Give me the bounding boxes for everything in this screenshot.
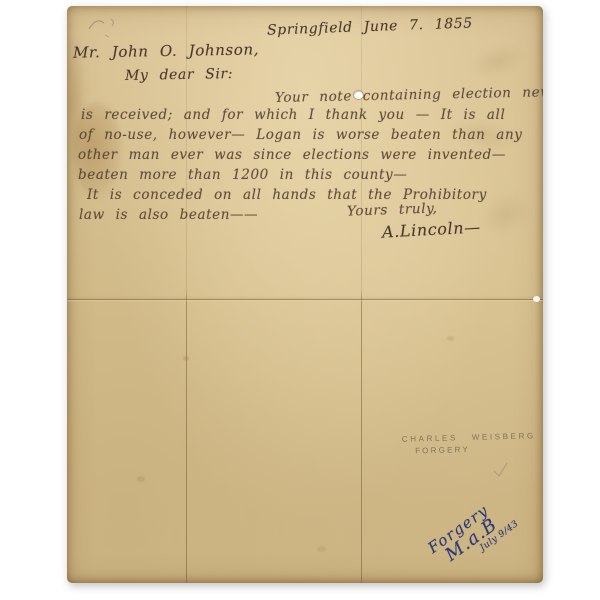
letter-body-line: beaten more than 1200 in this county— xyxy=(78,167,407,183)
letter-body-line: other man ever was since elections were … xyxy=(78,147,506,163)
letter-signature: A.Lincoln— xyxy=(382,217,482,241)
letter-body-line: of no-use, however— Logan is worse beate… xyxy=(79,127,522,143)
foxing-spot xyxy=(183,356,189,361)
ink-forgery-note: Forgery M.a.B July 9/43 xyxy=(426,456,543,578)
photo-of-letter: Springfield June 7. 1855 Mr. John O. Joh… xyxy=(0,0,600,600)
pencil-forgery-stamp: CHARLESWEISBERG FORGERY xyxy=(402,430,537,457)
letter-body-line: law is also beaten—— xyxy=(79,207,258,223)
letter-dateline: Springfield June 7. 1855 xyxy=(267,15,473,38)
letter-body-line: Your note containing election news xyxy=(275,84,543,106)
fold-line-vertical-left xyxy=(186,6,187,583)
letter-salutation: My dear Sir: xyxy=(125,66,233,84)
pencil-checkmark xyxy=(490,458,512,480)
foxing-spot xyxy=(447,336,454,341)
fold-line-horizontal xyxy=(67,299,543,300)
paper-nick xyxy=(533,296,540,302)
pencil-stamp-line2: FORGERY xyxy=(415,442,536,457)
letter-body-line: is received; and for which I thank you —… xyxy=(81,107,505,123)
pencil-stamp-word: WEISBERG xyxy=(472,431,536,442)
letter-closing: Yours truly, xyxy=(347,200,438,219)
letter-recipient: Mr. John O. Johnson, xyxy=(73,40,259,61)
pencil-scribble xyxy=(85,9,131,41)
foxing-spot xyxy=(137,476,145,482)
letter-paper: Springfield June 7. 1855 Mr. John O. Joh… xyxy=(67,6,543,583)
foxing-spot xyxy=(317,546,326,552)
punch-hole xyxy=(354,91,363,99)
pencil-stamp-word: CHARLES xyxy=(402,433,458,443)
